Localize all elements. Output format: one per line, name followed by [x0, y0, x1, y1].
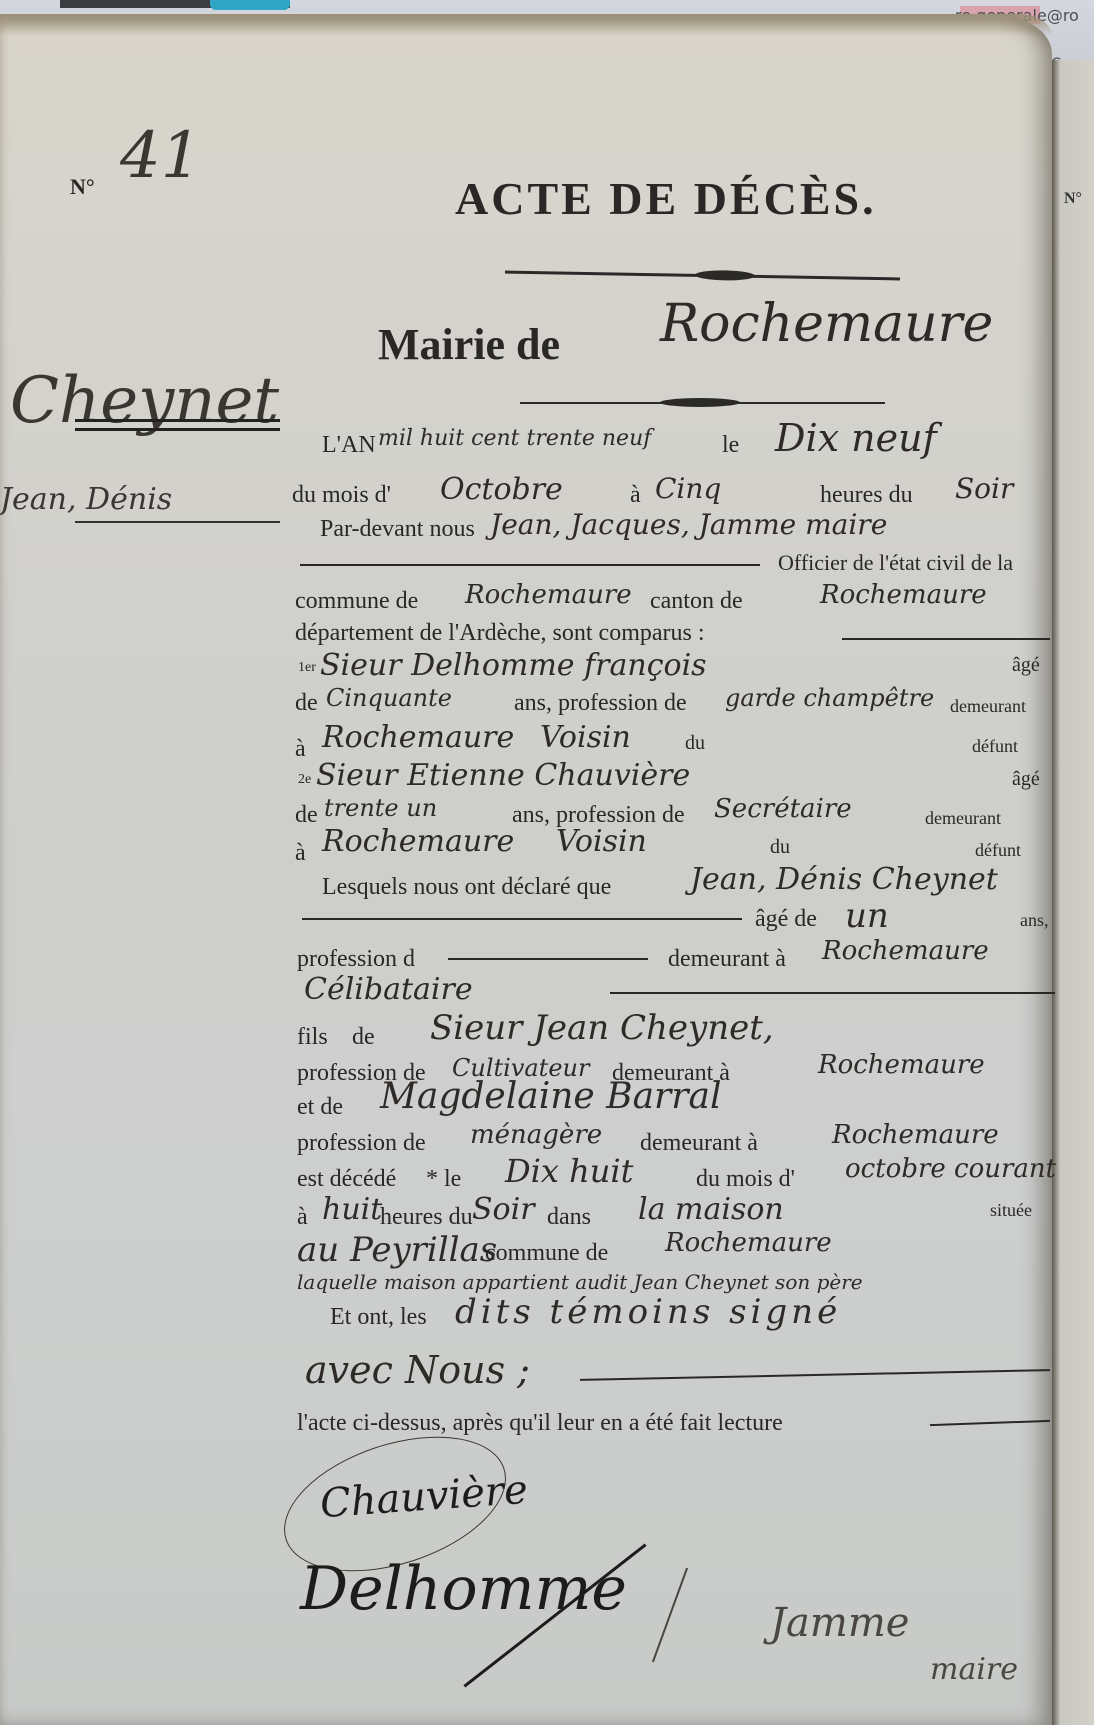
adjacent-page-edge: N°	[1052, 60, 1094, 1725]
blank-rule	[930, 1420, 1050, 1426]
blank-rule	[842, 638, 1050, 640]
printed-fils: fils	[297, 1024, 328, 1051]
printed-defunt: défunt	[972, 736, 1018, 757]
ornament-divider-top	[505, 271, 900, 281]
blank-rule	[300, 564, 760, 566]
canton-text: Rochemaure	[820, 580, 987, 610]
witness1-profession: garde champêtre	[725, 684, 934, 712]
signature-flourish-3	[652, 1568, 688, 1663]
printed-officier: Officier de l'état civil de la	[778, 550, 1013, 576]
printed-de: de	[295, 690, 318, 717]
printed-demeurant: demeurant	[925, 808, 1001, 829]
printed-demeurant-a: demeurant à	[640, 1130, 758, 1157]
witness1-residence: Rochemaure	[322, 720, 514, 755]
mother-profession: ménagère	[470, 1120, 602, 1150]
signature-jamme: Jamme	[770, 1600, 909, 1646]
printed-a: à	[297, 1204, 308, 1231]
mairie-label: Mairie de	[378, 319, 560, 370]
signature-delhomme: Delhomme	[300, 1554, 627, 1624]
period-text: Soir	[955, 472, 1013, 505]
day-text: Dix neuf	[775, 416, 937, 460]
printed-du-mois: du mois d'	[696, 1166, 795, 1193]
deceased-name: Jean, Dénis Cheynet	[690, 862, 998, 897]
deceased-residence: Rochemaure	[822, 936, 989, 966]
printed-situee: située	[990, 1200, 1032, 1221]
printed-du-mois: du mois d'	[292, 482, 391, 509]
margin-double-rule-1	[75, 419, 280, 422]
death-hour: huit	[322, 1192, 382, 1227]
mairie-value: Rochemaure	[660, 294, 993, 354]
printed-du: du	[770, 836, 790, 859]
printed-et-ont-les: Et ont, les	[330, 1304, 427, 1331]
act-number-label: N°	[70, 174, 95, 200]
death-period: Soir	[472, 1192, 535, 1227]
witness2-residence: Rochemaure	[322, 824, 514, 859]
printed-heures-du: heures du	[820, 482, 913, 509]
printed-acte-ci-dessus: l'acte ci-dessus, après qu'il leur en a …	[297, 1410, 783, 1437]
printed-a: à	[630, 482, 641, 509]
witnesses-signed-text: dits témoins signé	[455, 1292, 841, 1332]
margin-rule-under-names	[75, 521, 280, 523]
printed-a: à	[295, 736, 306, 763]
printed-defunt: défunt	[975, 840, 1021, 861]
printed-est-decede: est décédé	[297, 1166, 396, 1193]
printed-age-de: âgé de	[755, 906, 817, 933]
father-residence: Rochemaure	[818, 1050, 985, 1080]
month-text: Octobre	[440, 472, 563, 507]
printed-heures-du: heures du	[380, 1204, 473, 1231]
adjacent-page-number-label: N°	[1064, 190, 1082, 208]
blank-rule	[580, 1369, 1050, 1381]
witness2-ordinal: 2e	[298, 772, 311, 788]
blank-rule	[448, 958, 648, 960]
printed-departement: département de l'Ardèche, sont comparus …	[295, 620, 705, 647]
witness1-ordinal: 1er	[298, 660, 316, 676]
document-title: ACTE DE DÉCÈS.	[455, 172, 877, 225]
printed-lesquels: Lesquels nous ont déclaré que	[322, 874, 611, 901]
witness2-profession: Secrétaire	[714, 794, 852, 824]
officer-name: Jean, Jacques, Jamme maire	[490, 508, 887, 541]
printed-profession-de: profession de	[297, 1130, 426, 1157]
printed-commune-de: commune de	[295, 588, 418, 615]
father-name: Sieur Jean Cheynet,	[430, 1008, 774, 1048]
ornament-divider-bottom	[520, 402, 885, 404]
blue-object	[210, 0, 290, 10]
death-day: Dix huit	[505, 1152, 633, 1190]
death-locality: au Peyrillas	[297, 1230, 497, 1270]
printed-de: de	[352, 1024, 375, 1051]
avec-nous-text: avec Nous ;	[305, 1348, 530, 1392]
deceased-marital-status: Célibataire	[304, 972, 473, 1007]
margin-given-names: Jean, Dénis	[0, 482, 172, 517]
printed-dans: dans	[547, 1204, 591, 1231]
printed-demeurant-a: demeurant à	[668, 946, 786, 973]
printed-et-de: et de	[297, 1094, 343, 1121]
witness2-relation: Voisin	[556, 824, 647, 859]
printed-le: le	[722, 432, 739, 459]
blank-rule	[610, 992, 1055, 994]
death-place: la maison	[638, 1192, 784, 1227]
witness2-name: Sieur Etienne Chauvière	[316, 758, 690, 793]
margin-surname: Cheynet	[10, 364, 279, 438]
printed-commune-de: commune de	[485, 1240, 608, 1267]
house-ownership-note: laquelle maison appartient audit Jean Ch…	[297, 1270, 863, 1294]
blank-rule	[302, 918, 742, 920]
printed-du: du	[685, 732, 705, 755]
act-number-value: 41	[120, 119, 201, 193]
register-page: N° 41 ACTE DE DÉCÈS. Mairie de Rochemaur…	[0, 14, 1052, 1725]
printed-canton-de: canton de	[650, 588, 743, 615]
printed-a: à	[295, 840, 306, 867]
margin-double-rule-2	[75, 428, 280, 431]
printed-age: âgé	[1012, 768, 1040, 791]
mother-residence: Rochemaure	[832, 1120, 999, 1150]
witness2-age: trente un	[324, 794, 437, 822]
deceased-age: un	[845, 896, 889, 936]
death-commune: Rochemaure	[665, 1228, 832, 1258]
printed-ans-profession: ans, profession de	[514, 690, 687, 717]
witness1-name: Sieur Delhomme françois	[320, 648, 707, 683]
printed-age: âgé	[1012, 654, 1040, 677]
printed-le: * le	[426, 1166, 461, 1193]
witness1-relation: Voisin	[540, 720, 631, 755]
printed-demeurant: demeurant	[950, 696, 1026, 717]
year-text: mil huit cent trente neuf	[378, 426, 651, 451]
death-month: octobre courant	[845, 1154, 1056, 1184]
witness1-age: Cinquante	[326, 684, 452, 712]
printed-par-devant: Par-devant nous	[320, 516, 475, 543]
printed-lan: L'AN	[322, 432, 376, 459]
mother-name: Magdelaine Barral	[380, 1076, 721, 1117]
printed-profession-d: profession d	[297, 946, 415, 973]
printed-de: de	[295, 802, 318, 829]
hour-text: Cinq	[655, 472, 721, 505]
signature-maire-title: maire	[930, 1652, 1018, 1687]
commune-text: Rochemaure	[465, 580, 632, 610]
printed-ans: ans,	[1020, 910, 1049, 931]
